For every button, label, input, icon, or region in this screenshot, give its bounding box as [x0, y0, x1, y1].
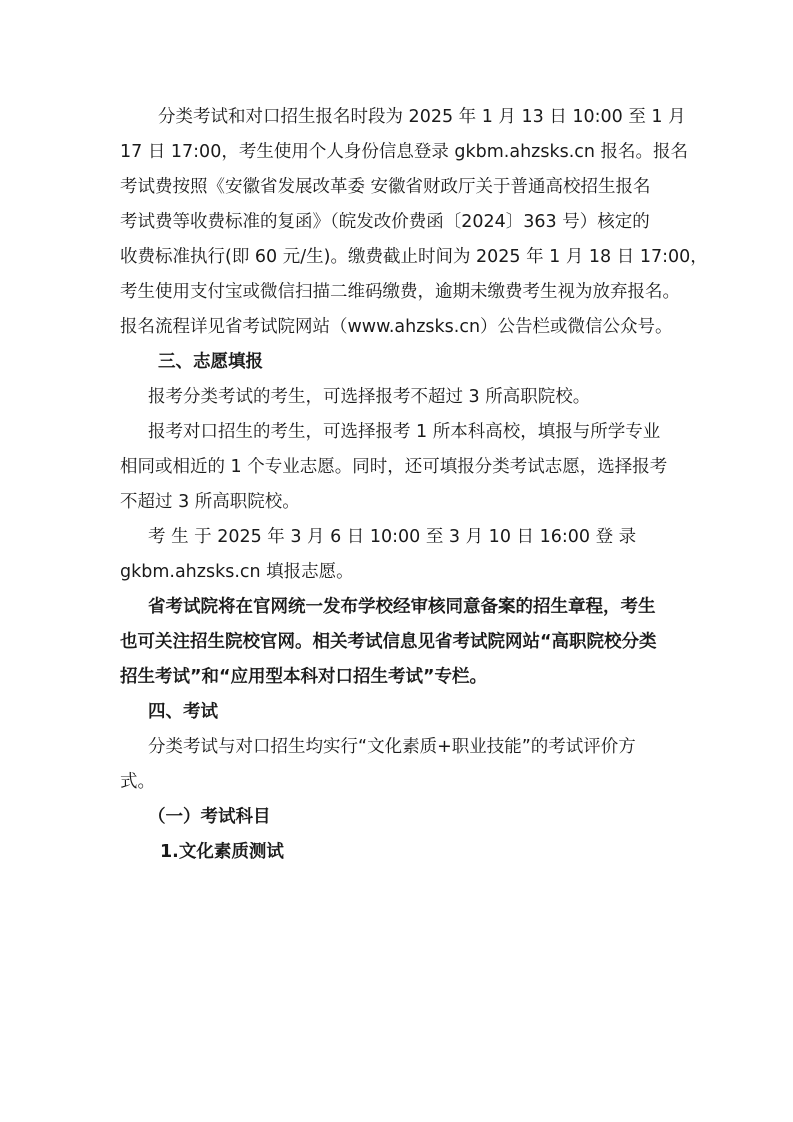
section-heading-exam: 四、考试 [120, 695, 676, 730]
text-line: 考试费按照《安徽省发展改革委 安徽省财政厅关于普通高校招生报名 [120, 170, 676, 205]
text-line: 17 日 17:00，考生使用个人身份信息登录 gkbm.ahzsks.cn 报… [120, 135, 676, 170]
subheading-cultural-quality-test: 1.文化素质测试 [120, 835, 676, 870]
text-line: 收费标准执行(即 60 元/生)。缴费截止时间为 2025 年 1 月 18 日… [120, 240, 676, 275]
admission-rules-notice: 省考试院将在官网统一发布学校经审核同意备案的招生章程，考生 也可关注招生院校官网… [120, 590, 676, 695]
section-heading-volunteer: 三、志愿填报 [120, 345, 676, 380]
text-line: 省考试院将在官网统一发布学校经审核同意备案的招生章程，考生 [120, 590, 676, 625]
volunteer-date-paragraph: 考 生 于 2025 年 3 月 6 日 10:00 至 3 月 10 日 16… [120, 520, 676, 590]
text-line: 报考对口招生的考生，可选择报考 1 所本科高校，填报与所学专业 [120, 415, 676, 450]
text-line: 报名流程详见省考试院网站（www.ahzsks.cn）公告栏或微信公众号。 [120, 310, 676, 345]
counterpart-admission-paragraph: 报考对口招生的考生，可选择报考 1 所本科高校，填报与所学专业 相同或相近的 1… [120, 415, 676, 520]
subheading-exam-subjects: （一）考试科目 [120, 800, 676, 835]
text-line: 考 生 于 2025 年 3 月 6 日 10:00 至 3 月 10 日 16… [120, 520, 676, 555]
text-line: 不超过 3 所高职院校。 [120, 485, 676, 520]
text-line: 考生使用支付宝或微信扫描二维码缴费，逾期未缴费考生视为放弃报名。 [120, 275, 676, 310]
text-line: 相同或相近的 1 个专业志愿。同时，还可填报分类考试志愿，选择报考 [120, 450, 676, 485]
text-line: 分类考试与对口招生均实行“文化素质+职业技能”的考试评价方 [120, 730, 676, 765]
classification-exam-paragraph: 报考分类考试的考生，可选择报考不超过 3 所高职院校。 [120, 380, 676, 415]
text-line: 也可关注招生院校官网。相关考试信息见省考试院网站“高职院校分类 [120, 625, 676, 660]
document-page: 分类考试和对口招生报名时段为 2025 年 1 月 13 日 10:00 至 1… [120, 100, 676, 870]
text-line: 考试费等收费标准的复函》（皖发改价费函〔2024〕363 号）核定的 [120, 205, 676, 240]
exam-method-paragraph: 分类考试与对口招生均实行“文化素质+职业技能”的考试评价方 式。 [120, 730, 676, 800]
text-line: gkbm.ahzsks.cn 填报志愿。 [120, 555, 676, 590]
text-line: 分类考试和对口招生报名时段为 2025 年 1 月 13 日 10:00 至 1… [120, 100, 676, 135]
text-line: 式。 [120, 765, 676, 800]
registration-paragraph: 分类考试和对口招生报名时段为 2025 年 1 月 13 日 10:00 至 1… [120, 100, 676, 345]
text-line: 招生考试”和“应用型本科对口招生考试”专栏。 [120, 660, 676, 695]
